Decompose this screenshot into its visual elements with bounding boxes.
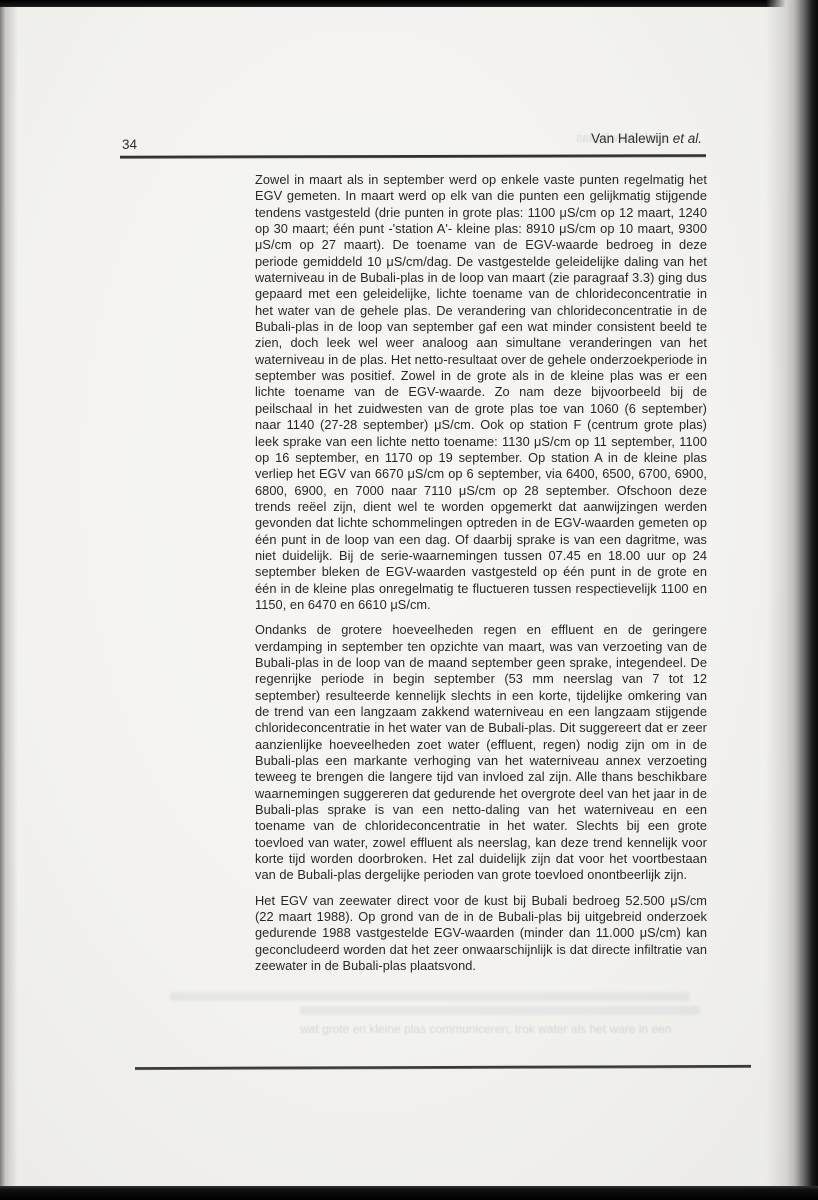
running-title: Van Halewijn et al. bbox=[591, 131, 702, 146]
scanned-page: zoek Bubali-plas wat grote en kleine pla… bbox=[0, 0, 818, 1200]
page-left-edge-shadow bbox=[0, 7, 18, 1188]
paragraph-egv-measurements: Zowel in maart als in september werd op … bbox=[255, 172, 707, 613]
paragraph-seawater: Het EGV van zeewater direct voor de kust… bbox=[255, 893, 707, 975]
running-title-etal: et al. bbox=[673, 131, 702, 146]
running-title-authors: Van Halewijn bbox=[591, 131, 669, 146]
page-number: 34 bbox=[122, 137, 137, 152]
book-page-stack-edge bbox=[766, 0, 818, 1200]
paragraph-rain-effluent: Ondanks de grotere hoeveelheden regen en… bbox=[255, 622, 707, 884]
body-text: Zowel in maart als in september werd op … bbox=[255, 172, 707, 984]
book-bottom-edge bbox=[0, 1186, 818, 1200]
